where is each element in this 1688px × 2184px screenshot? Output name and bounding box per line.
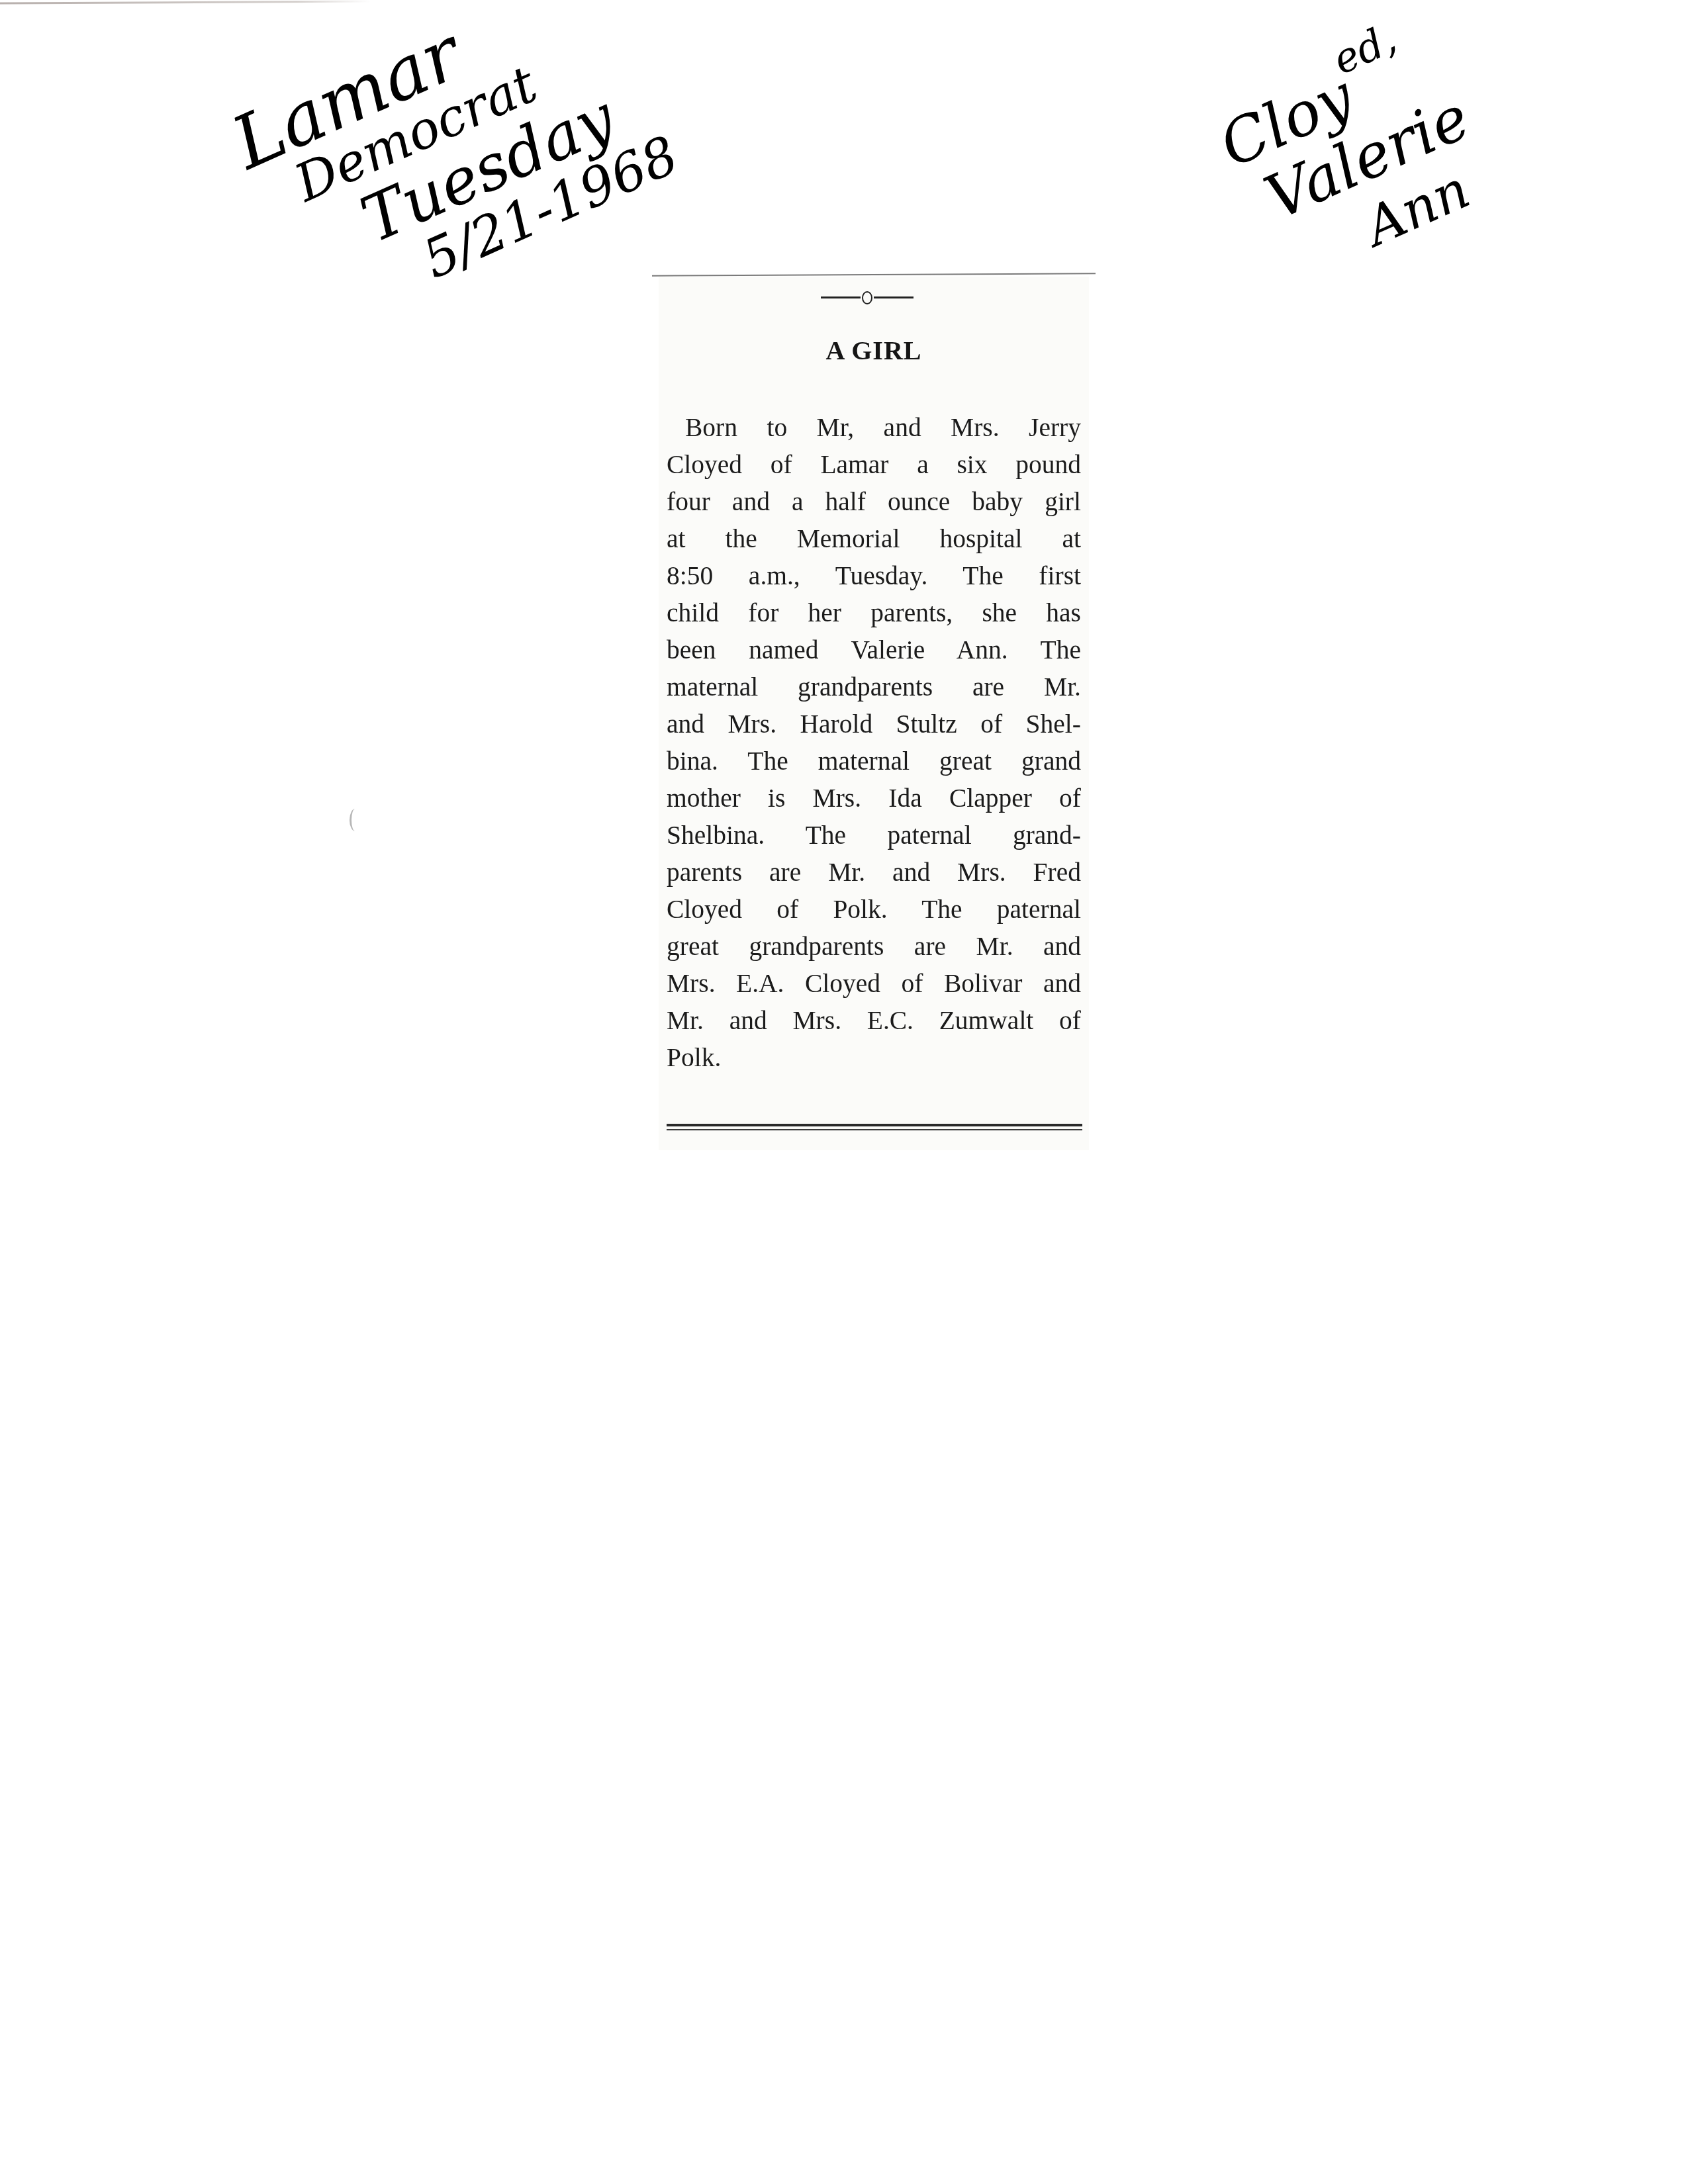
body-line: 8:50 a.m., Tuesday. The first: [667, 557, 1081, 594]
handwritten-name-note: Cloyed, Valerie Ann: [1205, 11, 1506, 300]
body-line: Mr. and Mrs. E.C. Zumwalt of: [667, 1002, 1081, 1039]
body-line: Mrs. E.A. Cloyed of Bolivar and: [667, 965, 1081, 1002]
body-line: child for her parents, she has: [667, 594, 1081, 631]
body-line: and Mrs. Harold Stultz of Shel-: [667, 705, 1081, 743]
stray-pencil-mark: [350, 809, 361, 831]
body-line: great grandparents are Mr. and: [667, 928, 1081, 965]
clipping-headline: A GIRL: [659, 335, 1089, 366]
body-line: Cloyed of Lamar a six pound: [667, 446, 1081, 483]
body-line: Polk.: [667, 1039, 1081, 1076]
body-line: Born to Mr, and Mrs. Jerry: [667, 409, 1081, 446]
clipping-body: Born to Mr, and Mrs. Jerry Cloyed of Lam…: [667, 409, 1081, 1076]
body-line: Shelbina. The paternal grand-: [667, 817, 1081, 854]
body-line: at the Memorial hospital at: [667, 520, 1081, 557]
handwritten-source-note: Lamar Democrat Tuesday 5/21-1968: [225, 0, 687, 341]
clipping-bottom-rule: [667, 1124, 1082, 1132]
body-line: parents are Mr. and Mrs. Fred: [667, 854, 1081, 891]
body-line: bina. The maternal great grand: [667, 743, 1081, 780]
body-line: maternal grandparents are Mr.: [667, 668, 1081, 705]
clipping-top-edge: [652, 273, 1096, 277]
scan-edge-line: [0, 1, 371, 5]
body-line: four and a half ounce baby girl: [667, 483, 1081, 520]
ornament-divider-icon: [821, 291, 914, 303]
newspaper-clipping: A GIRL Born to Mr, and Mrs. Jerry Cloyed…: [659, 277, 1089, 1150]
body-line: been named Valerie Ann. The: [667, 631, 1081, 668]
body-line: Cloyed of Polk. The paternal: [667, 891, 1081, 928]
body-line: mother is Mrs. Ida Clapper of: [667, 780, 1081, 817]
